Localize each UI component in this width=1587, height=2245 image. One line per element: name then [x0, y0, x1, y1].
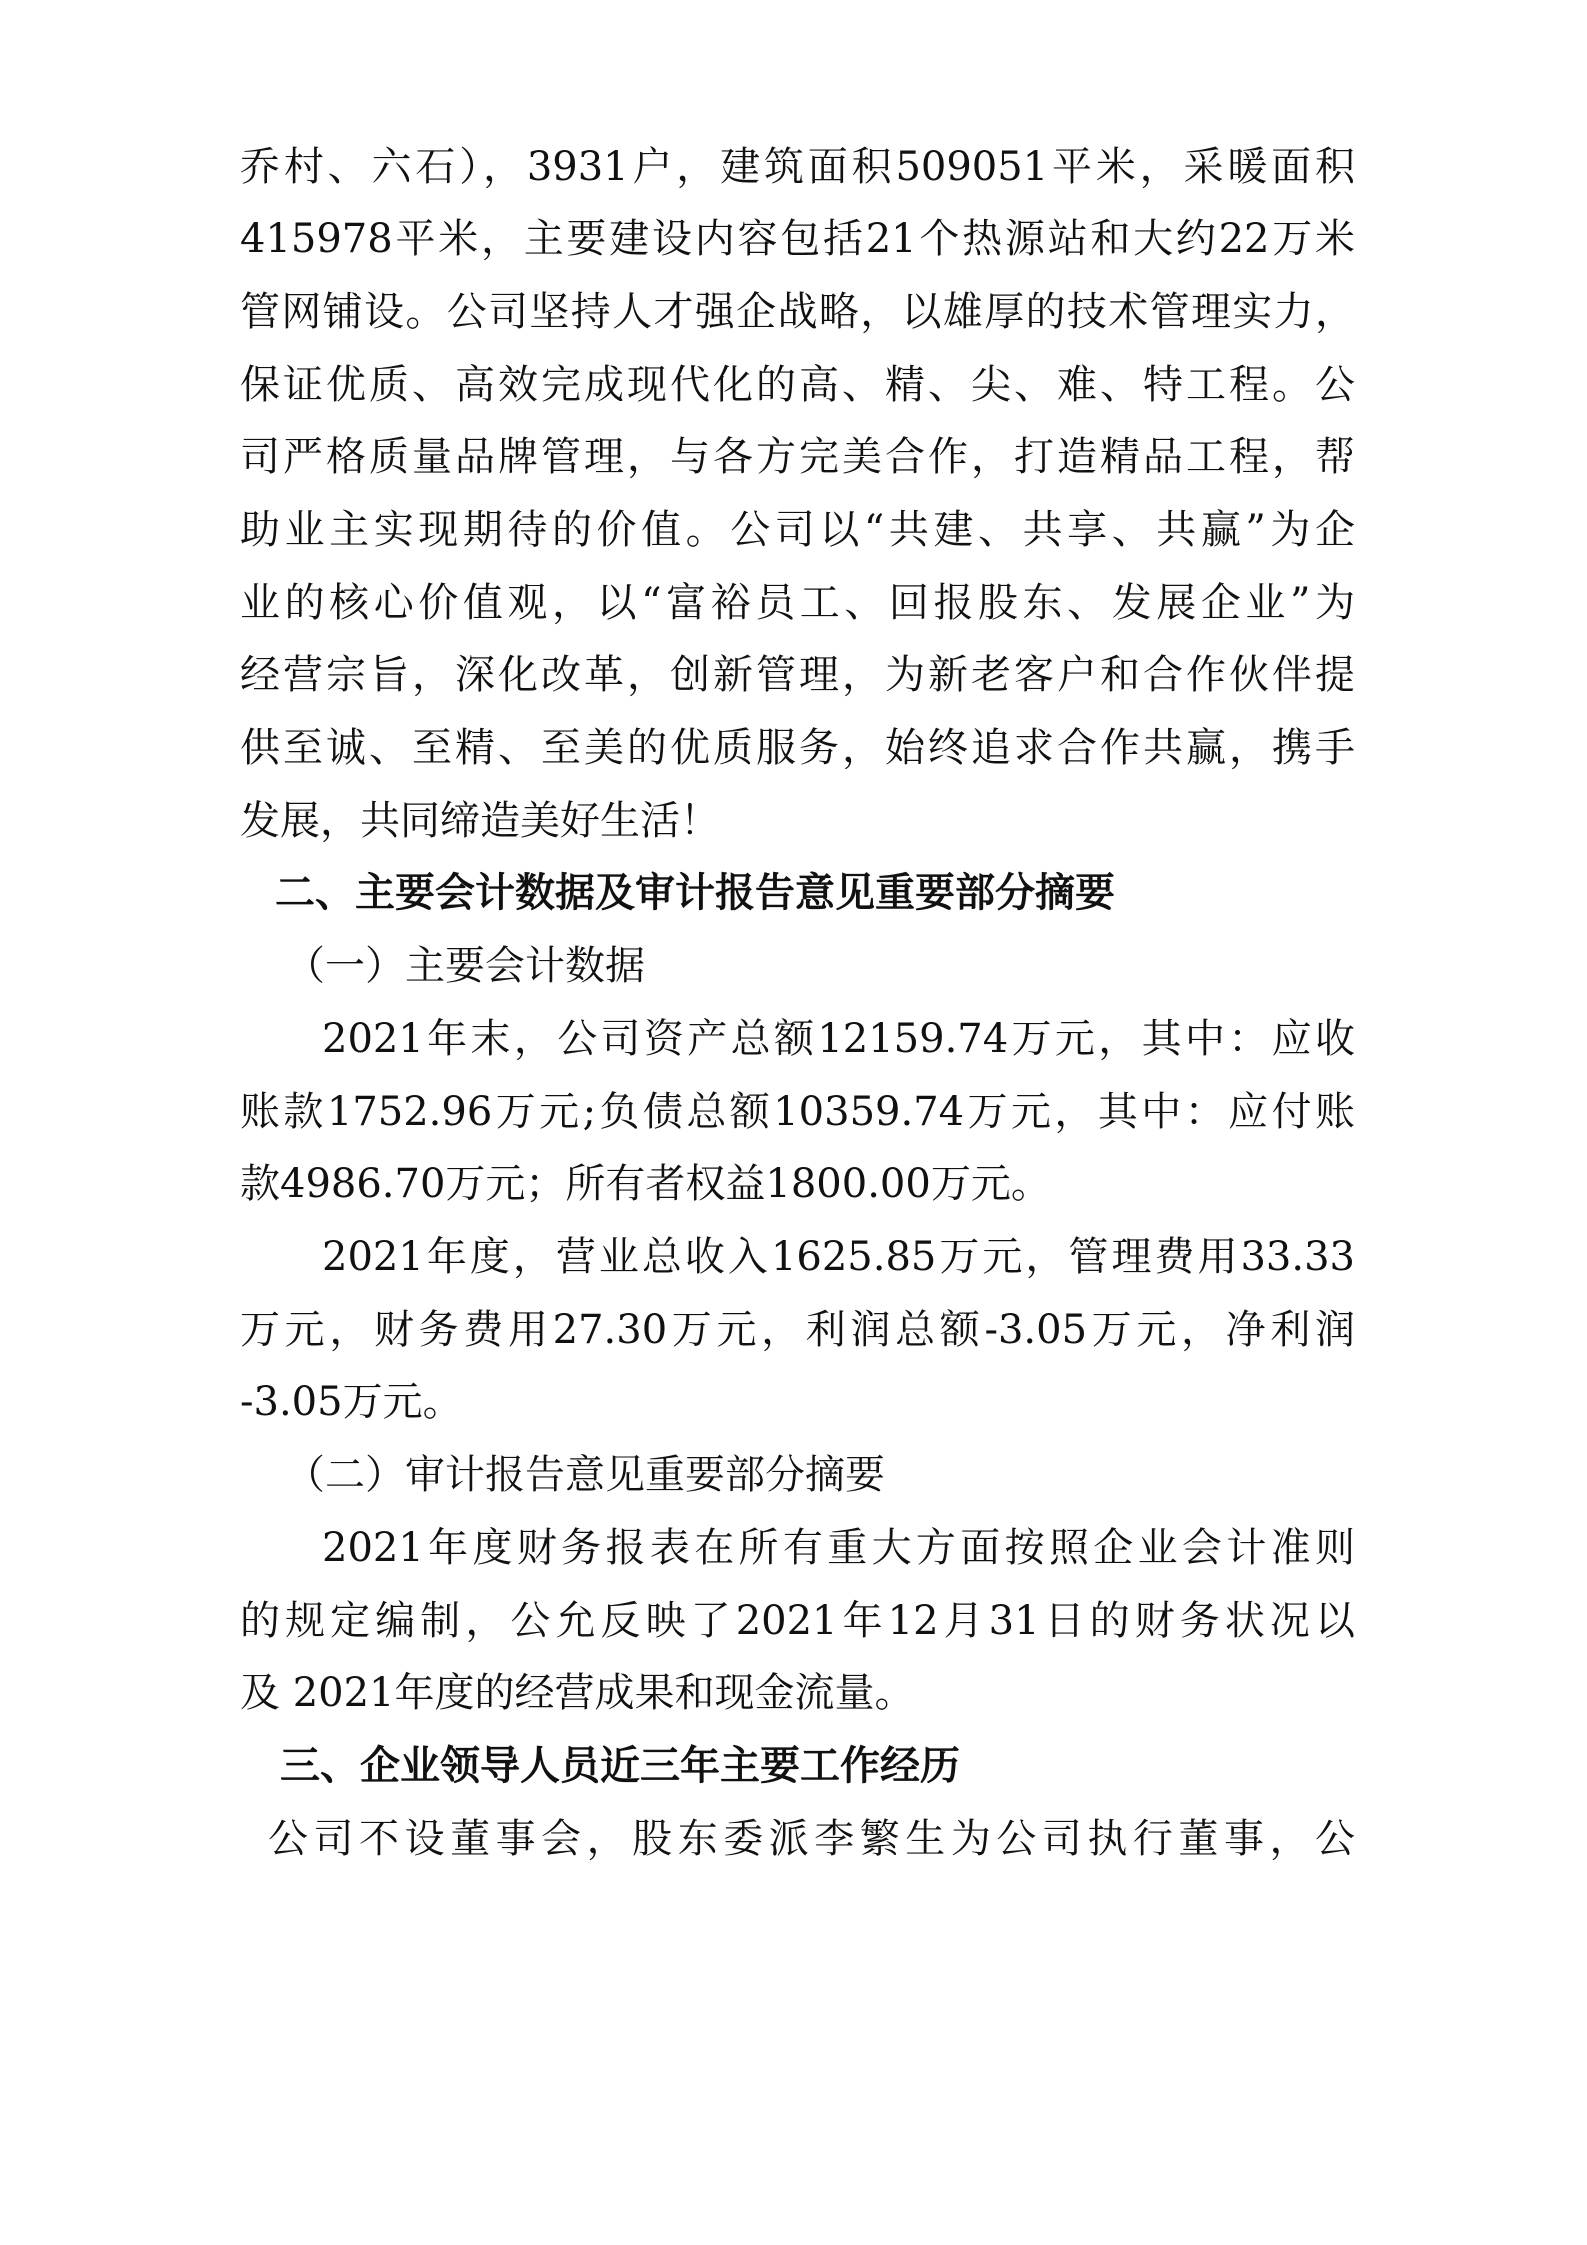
body-text-line: 2021年度，营业总收入1625.85万元，管理费用33.33	[322, 1233, 1355, 1281]
subsection-heading: （二）审计报告意见重要部分摘要	[285, 1451, 885, 1499]
section-heading: 二、主要会计数据及审计报告意见重要部分摘要	[275, 869, 1115, 917]
body-text-line: 保证优质、高效完成现代化的高、精、尖、难、特工程。公	[240, 361, 1355, 409]
body-text-line: 万元，财务费用27.30万元，利润总额-3.05万元，净利润	[240, 1306, 1355, 1354]
body-text-line: 供至诚、至精、至美的优质服务，始终追求合作共赢，携手	[240, 724, 1355, 772]
subsection-heading: （一）主要会计数据	[285, 942, 645, 990]
body-text-line: 公司不设董事会，股东委派李繁生为公司执行董事，公	[268, 1815, 1355, 1863]
body-text-line: 经营宗旨，深化改革，创新管理，为新老客户和合作伙伴提	[240, 651, 1355, 699]
body-text-line: 账款1752.96万元;负债总额10359.74万元，其中：应付账	[240, 1088, 1355, 1136]
body-text-line: 管网铺设。公司坚持人才强企战略，以雄厚的技术管理实力，	[240, 288, 1355, 336]
body-text-line: 助业主实现期待的价值。公司以“共建、共享、共赢”为企	[240, 506, 1355, 554]
body-text-line: 业的核心价值观，以“富裕员工、回报股东、发展企业”为	[240, 579, 1355, 627]
body-text-line: 发展，共同缔造美好生活！	[240, 797, 1355, 845]
body-text-line: -3.05万元。	[240, 1378, 1355, 1426]
body-text-line: 乔村、六石），3931户，建筑面积509051平米，采暖面积	[240, 143, 1355, 191]
section-heading: 三、企业领导人员近三年主要工作经历	[280, 1742, 960, 1790]
body-text-line: 的规定编制，公允反映了2021年12月31日的财务状况以	[240, 1597, 1355, 1645]
body-text-line: 及 2021年度的经营成果和现金流量。	[240, 1669, 1355, 1717]
body-text-line: 款4986.70万元；所有者权益1800.00万元。	[240, 1160, 1355, 1208]
body-text-line: 2021年末，公司资产总额12159.74万元，其中：应收	[322, 1015, 1355, 1063]
body-text-line: 司严格质量品牌管理，与各方完美合作，打造精品工程，帮	[240, 433, 1355, 481]
body-text-line: 415978平米，主要建设内容包括21个热源站和大约22万米	[240, 215, 1355, 263]
body-text-line: 2021年度财务报表在所有重大方面按照企业会计准则	[322, 1524, 1355, 1572]
document-page: 乔村、六石），3931户，建筑面积509051平米，采暖面积 415978平米，…	[0, 0, 1587, 2245]
